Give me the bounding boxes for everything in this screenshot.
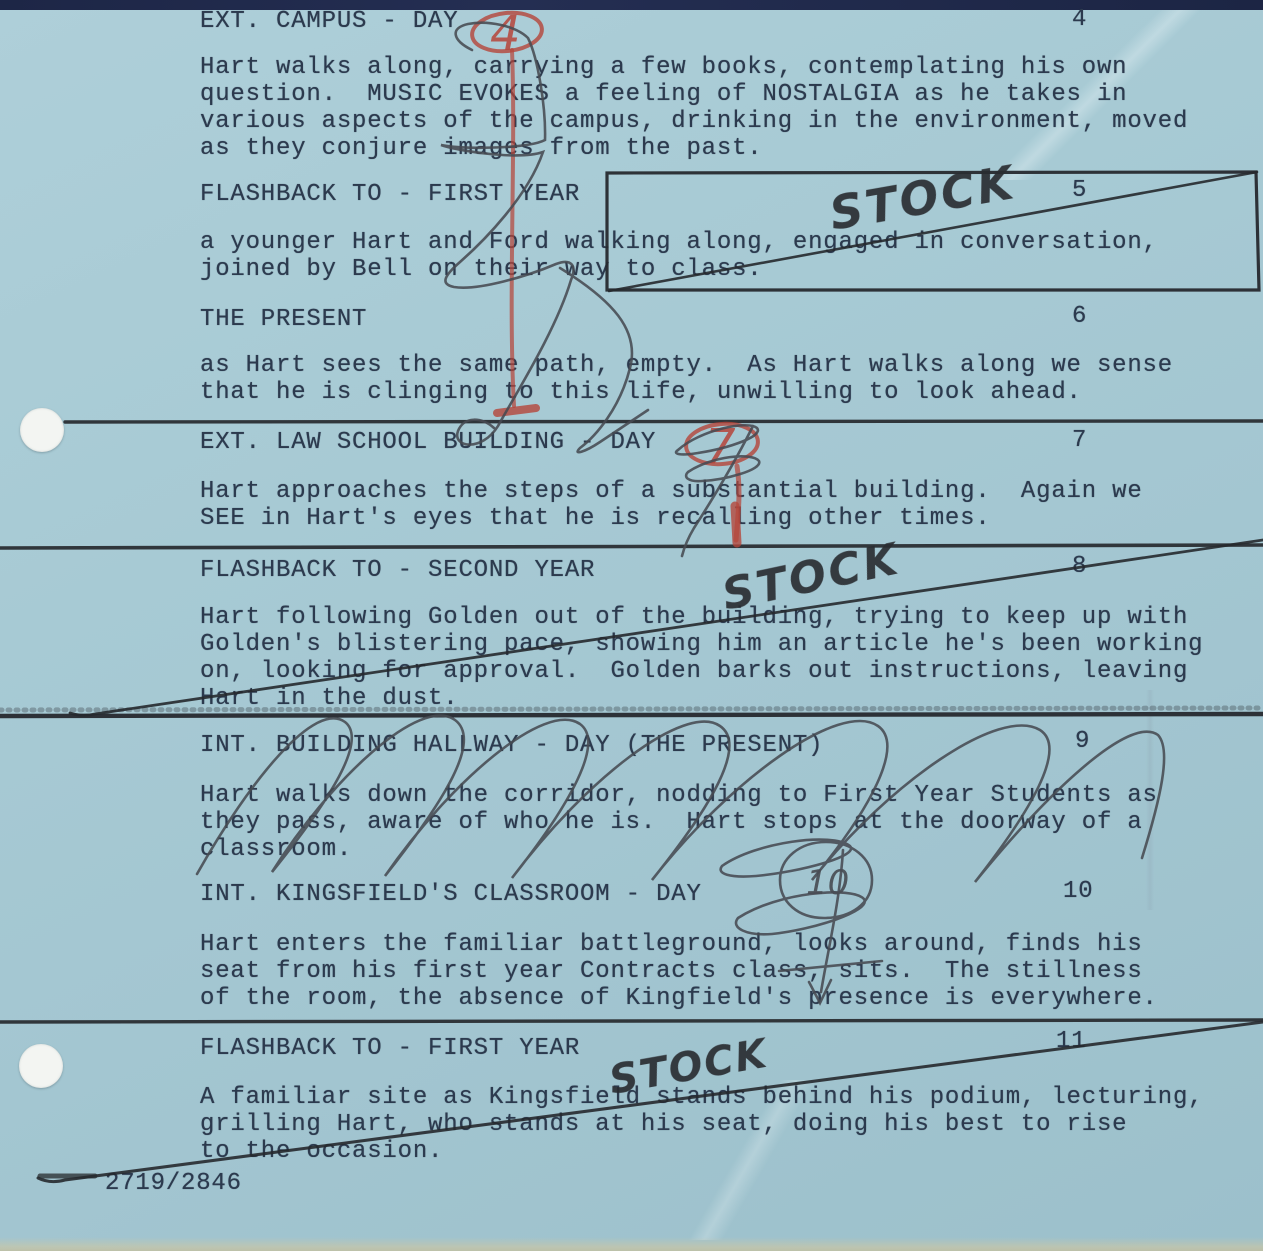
stock-handwriting: STOCK [826,155,1021,241]
pencil-scene-numeral: 10 [806,863,849,903]
stock-handwriting: STOCK [606,1031,773,1104]
divider-line [0,1020,1263,1022]
red-guide-line [512,50,514,406]
divider-line [0,545,1263,548]
red-tick [497,408,536,413]
pencil-strike [779,961,882,971]
strike-diagonal [38,1022,1263,1182]
strike-diagonal [70,540,1263,715]
pencil-scribble [560,268,648,452]
divider-line [0,714,1263,716]
script-page: EXT. CAMPUS - DAY 4 Hart walks along, ca… [0,0,1263,1251]
red-guide-line-blob [735,506,737,543]
pencil-scribble [441,23,573,445]
red-scene-numeral: 4 [490,6,521,62]
pencil-loop-crossout [197,716,1164,882]
annotation-layer: STOCK STOCK STOCK 4 7 [0,0,1263,1251]
divider-line [65,421,1263,422]
divider-line-noise [0,708,1263,710]
